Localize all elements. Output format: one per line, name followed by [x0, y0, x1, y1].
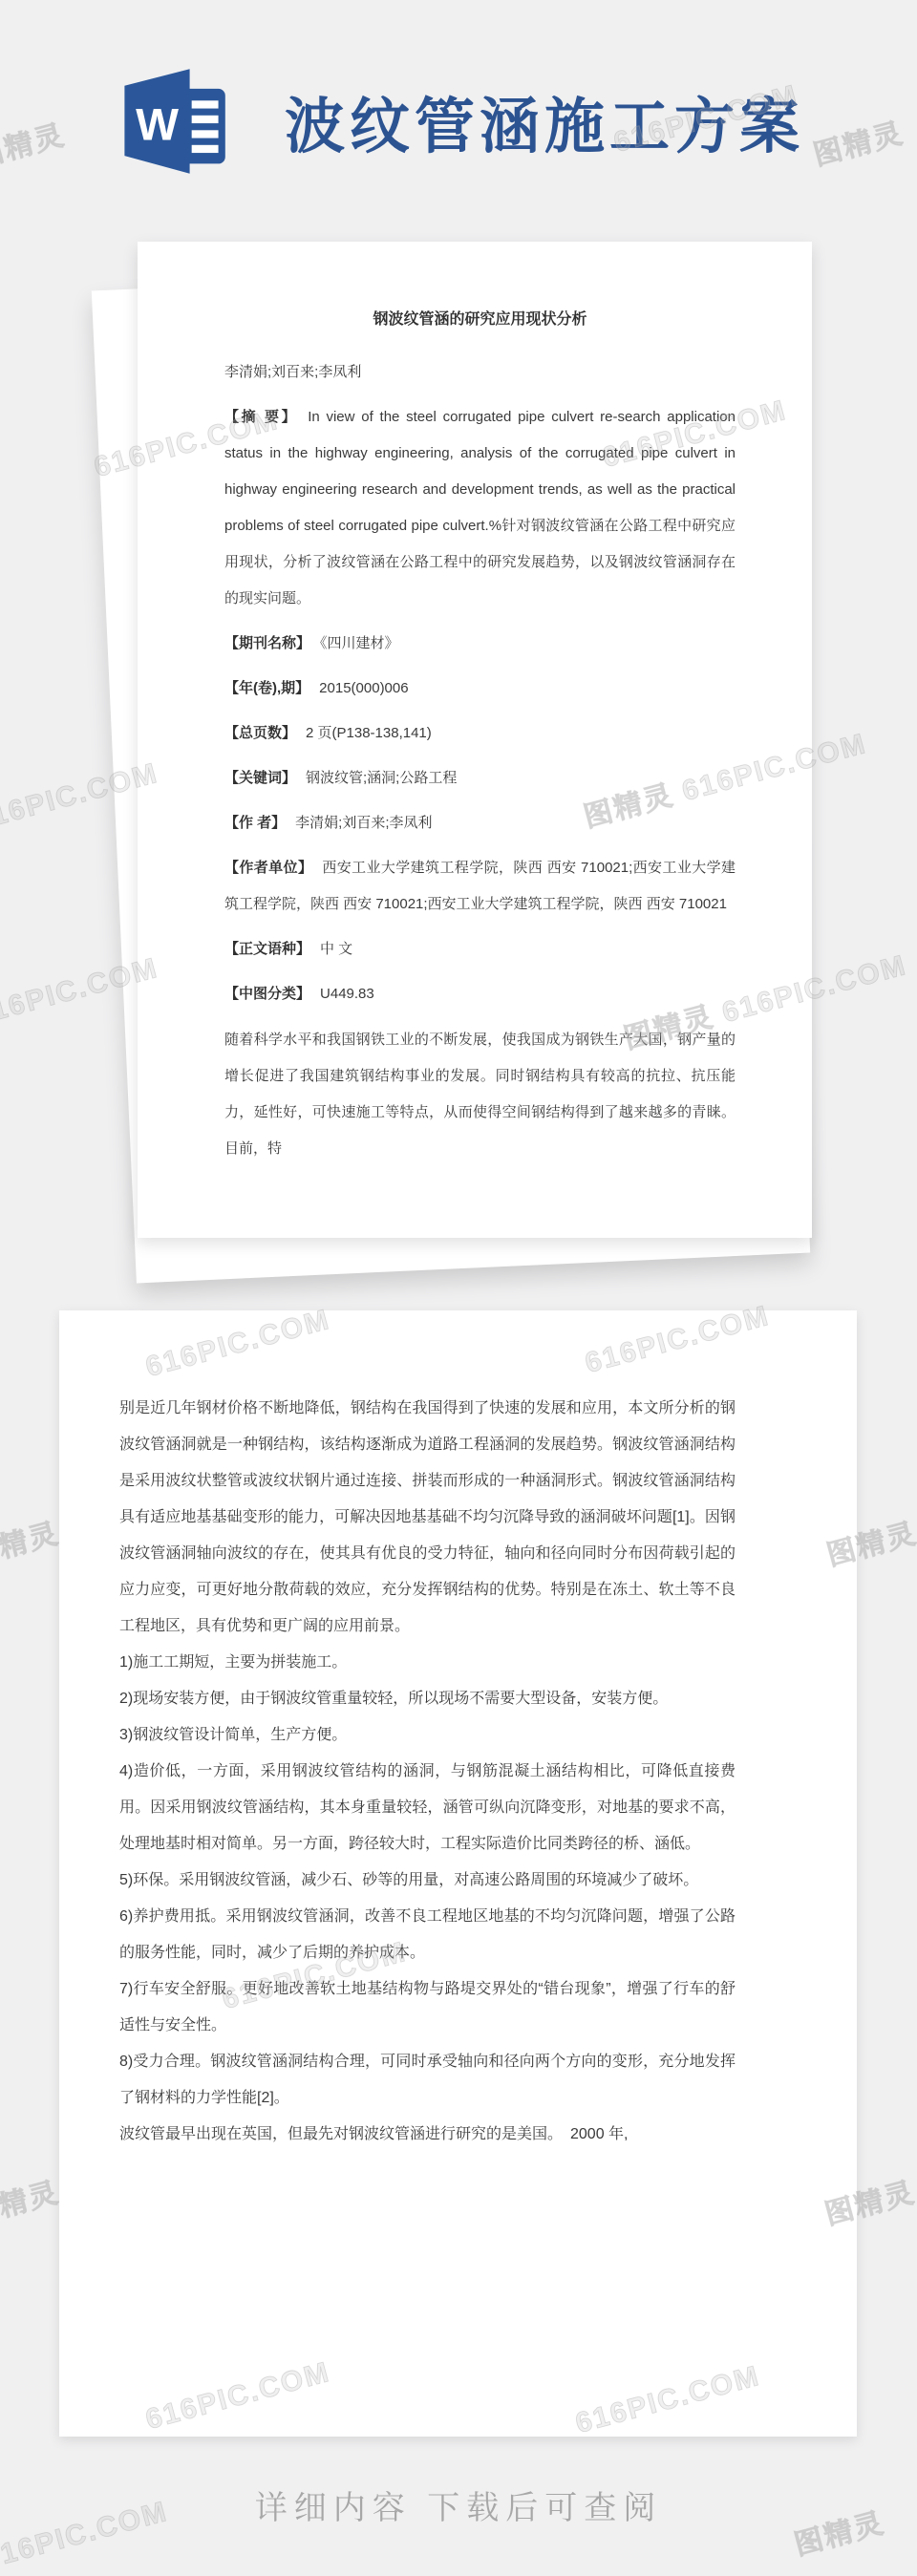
metadata-fields: 【摘 要】In view of the steel corrugated pip…: [224, 399, 736, 1012]
field-label: 【摘 要】: [224, 409, 298, 425]
metadata-field: 【作 者】李清娟;刘百来;李凤利: [224, 805, 736, 841]
field-value: In view of the steel corrugated pipe cul…: [224, 409, 736, 607]
page2-paragraph: 1)施工工期短，主要为拼装施工。: [119, 1645, 736, 1681]
document-title: 钢波纹管涵的研究应用现状分析: [224, 309, 736, 331]
page2-paragraph: 3)钢波纹管设计简单，生产方便。: [119, 1717, 736, 1754]
page2-paragraph: 5)环保。采用钢波纹管涵，减少石、砂等的用量，对高速公路周围的环境减少了破坏。: [119, 1863, 736, 1899]
field-label: 【年(卷),期】: [224, 680, 309, 696]
page2-paragraph: 6)养护费用抵。采用钢波纹管涵洞，改善不良工程地区地基的不均匀沉降问题，增强了公…: [119, 1899, 736, 1971]
document-page-1: 钢波纹管涵的研究应用现状分析 李清娟;刘百来;李凤利 【摘 要】In view …: [138, 242, 812, 1238]
field-value: U449.83: [320, 986, 374, 1002]
svg-text:W: W: [136, 100, 179, 151]
field-value: 2015(000)006: [319, 680, 408, 696]
page2-paragraph: 4)造价低，一方面，采用钢波纹管结构的涵洞，与钢筋混凝土涵结构相比，可降低直接费…: [119, 1754, 736, 1863]
field-label: 【关键词】: [224, 770, 296, 786]
metadata-field: 【作者单位】西安工业大学建筑工程学院，陕西 西安 710021;西安工业大学建筑…: [224, 850, 736, 923]
page2-paragraph: 2)现场安装方便，由于钢波纹管重量较轻，所以现场不需要大型设备，安装方便。: [119, 1681, 736, 1717]
word-icon: W: [113, 65, 231, 178]
field-value: 钢波纹管;涵洞;公路工程: [306, 770, 457, 786]
field-value: 《四川建材》: [320, 635, 399, 651]
header: W 波纹管涵施工方案: [0, 65, 917, 178]
footer-note: 详细内容 下载后可查阅: [0, 2481, 917, 2528]
page2-content: 别是近几年钢材价格不断地降低，钢结构在我国得到了快速的发展和应用，本文所分析的钢…: [59, 1310, 857, 2153]
page-title: 波纹管涵施工方案: [285, 78, 804, 165]
watermark-text: 图精灵: [0, 1509, 63, 1573]
metadata-field: 【关键词】钢波纹管;涵洞;公路工程: [224, 760, 736, 797]
authors-line: 李清娟;刘百来;李凤利: [224, 354, 736, 391]
field-label: 【中图分类】: [224, 986, 310, 1002]
field-label: 【总页数】: [224, 725, 296, 741]
metadata-field: 【总页数】2 页(P138-138,141): [224, 715, 736, 752]
field-value: 中 文: [320, 941, 352, 957]
page2-paragraph: 波纹管最早出现在英国，但最先对钢波纹管涵进行研究的是美国。 2000 年,: [119, 2117, 736, 2153]
watermark-text: 图精灵: [0, 2168, 63, 2232]
field-label: 【作 者】: [224, 815, 286, 831]
page2-paragraph: 别是近几年钢材价格不断地降低，钢结构在我国得到了快速的发展和应用，本文所分析的钢…: [119, 1391, 736, 1645]
page1-body-paragraph: 随着科学水平和我国钢铁工业的不断发展，使我国成为钢铁生产大国，钢产量的增长促进了…: [224, 1022, 736, 1167]
metadata-field: 【期刊名称】《四川建材》: [224, 626, 736, 662]
page2-paragraph: 8)受力合理。钢波纹管涵洞结构合理，可同时承受轴向和径向两个方向的变形，充分地发…: [119, 2044, 736, 2117]
metadata-field: 【摘 要】In view of the steel corrugated pip…: [224, 399, 736, 617]
page2-paragraph: 7)行车安全舒服。更好地改善软土地基结构物与路堤交界处的“错台现象”，增强了行车…: [119, 1971, 736, 2044]
page1-content: 钢波纹管涵的研究应用现状分析 李清娟;刘百来;李凤利 【摘 要】In view …: [138, 242, 812, 1167]
field-label: 【期刊名称】: [224, 635, 310, 651]
preview-stage: W 波纹管涵施工方案 钢波纹管涵的研究应用现状分析 李清娟;刘百来;李凤利 【摘…: [0, 0, 917, 2576]
document-page-2: 别是近几年钢材价格不断地降低，钢结构在我国得到了快速的发展和应用，本文所分析的钢…: [59, 1310, 857, 2437]
metadata-field: 【正文语种】中 文: [224, 931, 736, 968]
field-label: 【正文语种】: [224, 941, 310, 957]
metadata-field: 【中图分类】U449.83: [224, 976, 736, 1012]
field-label: 【作者单位】: [224, 860, 312, 876]
field-value: 李清娟;刘百来;李凤利: [295, 815, 432, 831]
field-value: 2 页(P138-138,141): [306, 725, 432, 741]
metadata-field: 【年(卷),期】2015(000)006: [224, 671, 736, 707]
